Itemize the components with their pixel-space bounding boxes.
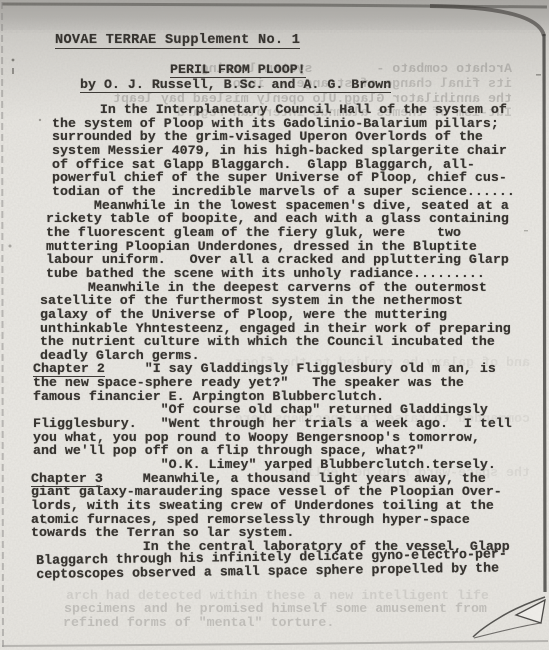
story-title: PERIL FROM PLOOP! bbox=[170, 63, 306, 77]
text-line: powerful chief of the super Universe of … bbox=[52, 171, 515, 185]
text-line: the system of Ploop with its Gadolinio-B… bbox=[52, 117, 515, 131]
text-line: towards the Terran so lar system. bbox=[31, 526, 515, 540]
text-line: Meanwhile in the deepest carverns of the… bbox=[40, 281, 515, 295]
text-line: Chapter 3 Meanwhile, a thousand light ye… bbox=[31, 472, 515, 486]
body-text: In the Interplanetary Council Hall of th… bbox=[0, 103, 515, 581]
text-line: galaxy of the Universe of Ploop, were th… bbox=[40, 308, 515, 322]
text-line: famous financier E. Arpington Blubberclu… bbox=[33, 390, 515, 404]
text-line: Chapter 2 "I say Gladdingsly Fligglesbur… bbox=[33, 362, 515, 376]
text-line: the nutrient culture with which the Coun… bbox=[40, 335, 515, 349]
text-line: the fluorescent gleam of the fiery gluk,… bbox=[46, 226, 515, 240]
text-line: the new space-sphere ready yet?" The spe… bbox=[33, 376, 515, 390]
text-line: muttering Ploopian Underdones, dressed i… bbox=[46, 240, 515, 254]
text-line: Meanwhile in the lowest spacemen's dive,… bbox=[46, 199, 515, 213]
paragraph: In the Interplanetary Council Hall of th… bbox=[52, 103, 515, 199]
text-line: and we'll pop off on a flip through spac… bbox=[33, 444, 515, 458]
text-line: rickety table of boopite, and each with … bbox=[46, 212, 515, 226]
masthead: NOVAE TERRAE Supplement No. 1 bbox=[55, 34, 300, 48]
paragraph: Chapter 3 Meanwhile, a thousand light ye… bbox=[31, 472, 515, 554]
text-line: you what, you pop round to Woopy Bengers… bbox=[33, 431, 515, 445]
story-byline: by O. J. Russell, B.Sc. and A. G. Brown bbox=[80, 78, 391, 92]
text-line: "Of course old chap" returned Gladdingsl… bbox=[33, 403, 515, 417]
text-line: deadly Glarch germs. bbox=[40, 349, 515, 363]
text-line: lords, with its sweating crew of Underdo… bbox=[31, 499, 515, 513]
text-line: labour uniform. Over all a cracked and p… bbox=[46, 253, 515, 267]
text-line: of office sat Glapp Blaggarch. Glapp Bla… bbox=[52, 158, 515, 172]
text-line: In the Interplanetary Council Hall of th… bbox=[52, 103, 515, 117]
text-line: unthinkable Yhntesteenz, engaged in thei… bbox=[40, 322, 515, 336]
scanned-document-page: Archato combato - system leavingits fina… bbox=[0, 0, 549, 650]
paragraph: Meanwhile in the deepest carverns of the… bbox=[40, 281, 515, 363]
masthead-text: NOVAE TERRAE Supplement No. 1 bbox=[55, 33, 300, 49]
text-line: atomic furnaces, sped remorselessly thro… bbox=[31, 513, 515, 527]
text-line: giant galaxy-maraudering space vessel of… bbox=[31, 485, 515, 499]
text-line: satellite of the furthermost system in t… bbox=[40, 294, 515, 308]
text-line: todian of the incredible marvels of a su… bbox=[52, 185, 515, 199]
text-line: Fligglesbury. "Went through her trials a… bbox=[33, 417, 515, 431]
text-line: system Messier 4079, in his high-backed … bbox=[52, 144, 515, 158]
paragraph: Blaggarch through his infinitely delicat… bbox=[36, 547, 515, 581]
text-line: tube bathed the scene with its unholy ra… bbox=[46, 267, 515, 281]
paragraph: Meanwhile in the lowest spacemen's dive,… bbox=[46, 199, 515, 281]
text-line: surrounded by the grim-visaged Uperon Ov… bbox=[52, 130, 515, 144]
text-line: "O.K. Limey" yarped Blubberclutch.tersel… bbox=[33, 458, 515, 472]
paragraph: Chapter 2 "I say Gladdingsly Fligglesbur… bbox=[33, 362, 515, 471]
